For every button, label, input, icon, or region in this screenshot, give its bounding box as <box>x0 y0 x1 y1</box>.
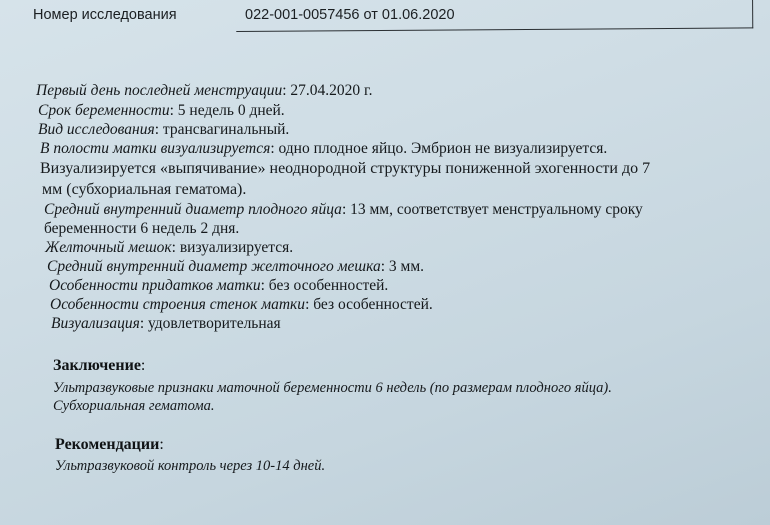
field-label: Особенности придатков матки <box>49 277 261 294</box>
conclusion-line: Субхориальная гематома. <box>53 398 214 415</box>
field-value: : без особенностей. <box>261 277 389 294</box>
field-visualization: Визуализация: удовлетворительная <box>51 315 281 333</box>
field-value: мм (субхориальная гематома). <box>42 181 246 198</box>
field-label: Первый день последней менструации <box>36 82 282 99</box>
field-label: В полости матки визуализируется <box>40 140 270 157</box>
recommendations-title-colon: : <box>159 436 163 453</box>
field-value: : 3 мм. <box>381 258 424 275</box>
field-gestational-age: Срок беременности: 5 недель 0 дней. <box>38 102 285 120</box>
field-value: беременности 6 недель 2 дня. <box>44 220 239 237</box>
field-value: : без особенностей. <box>305 296 433 313</box>
conclusion-title-text: Заключение <box>53 357 141 374</box>
recommendations-title-text: Рекомендации <box>55 436 159 453</box>
conclusion-line: Ультразвуковые признаки маточной беремен… <box>53 380 612 397</box>
field-value: : 5 недель 0 дней. <box>170 102 285 119</box>
field-uterine-cavity-cont-1: Визуализируется «выпячивание» неоднородн… <box>40 160 650 178</box>
field-label: Вид исследования <box>38 121 155 138</box>
study-number-value: 022-001-0057456 от 01.06.2020 <box>245 7 455 23</box>
field-value: : 27.04.2020 г. <box>282 82 372 99</box>
field-value: : 13 мм, соответствует менструальному ср… <box>342 201 643 218</box>
field-value: : удовлетворительная <box>140 315 281 332</box>
field-uterine-cavity: В полости матки визуализируется: одно пл… <box>40 140 607 158</box>
field-label: Средний внутренний диаметр плодного яйца <box>44 201 342 218</box>
field-gestational-sac-diameter: Средний внутренний диаметр плодного яйца… <box>44 201 643 219</box>
recommendations-title: Рекомендации: <box>55 436 164 454</box>
field-uterine-walls: Особенности строения стенок матки: без о… <box>50 296 433 314</box>
field-uterine-cavity-cont-2: мм (субхориальная гематома). <box>42 181 246 199</box>
conclusion-title: Заключение: <box>53 357 145 375</box>
field-gestational-sac-diameter-cont: беременности 6 недель 2 дня. <box>44 220 239 238</box>
field-label: Визуализация <box>51 315 140 332</box>
field-label: Средний внутренний диаметр желточного ме… <box>47 258 381 275</box>
field-adnexa: Особенности придатков матки: без особенн… <box>49 277 388 295</box>
field-value: Визуализируется «выпячивание» неоднородн… <box>40 160 650 177</box>
field-exam-type: Вид исследования: трансвагинальный. <box>38 121 289 139</box>
conclusion-title-colon: : <box>141 357 145 374</box>
field-value: : трансвагинальный. <box>155 121 290 138</box>
study-number-label: Номер исследования <box>33 7 177 23</box>
recommendations-line: Ультразвуковой контроль через 10-14 дней… <box>55 458 325 475</box>
field-value: : визуализируется. <box>172 239 293 256</box>
field-label: Желточный мешок <box>45 239 172 256</box>
field-label: Срок беременности <box>38 102 170 119</box>
field-value: : одно плодное яйцо. Эмбрион не визуализ… <box>270 140 607 157</box>
field-lmp: Первый день последней менструации: 27.04… <box>36 82 373 100</box>
field-label: Особенности строения стенок матки <box>50 296 305 313</box>
field-yolk-sac-diameter: Средний внутренний диаметр желточного ме… <box>47 258 424 276</box>
field-yolk-sac: Желточный мешок: визуализируется. <box>45 239 293 257</box>
